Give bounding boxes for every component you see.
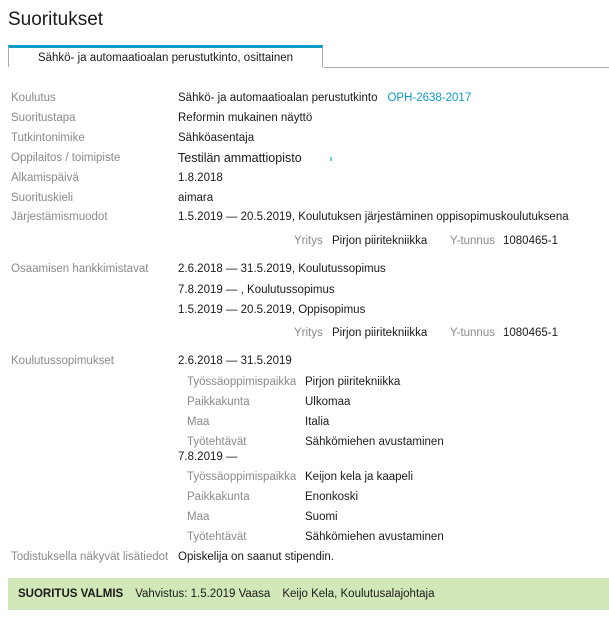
diaarinumero-link[interactable]: OPH-2638-2017	[387, 92, 471, 104]
tab-sahko-automaatio[interactable]: Sähkö- ja automaatioalan perustutkinto, …	[8, 45, 323, 67]
hankkimistapa-item: 7.8.2019 — , Koulutussopimus	[178, 284, 335, 296]
tyotehtavat-label: Työtehtävät	[187, 531, 246, 543]
tyossaoppimispaikka-value: Keijon kela ja kaapeli	[305, 471, 413, 483]
tyossaoppimispaikka-value: Pirjon piiritekniikka	[305, 376, 400, 388]
koulutus-name: Sähkö- ja automaatioalan perustutkinto	[178, 92, 377, 104]
suorituskieli-value: aimara	[178, 192, 213, 204]
ytunnus-value: 1080465-1	[503, 235, 558, 247]
tab-bar: Sähkö- ja automaatioalan perustutkinto, …	[8, 45, 609, 68]
suoritustapa-label: Suoritustapa	[11, 112, 76, 124]
lisatiedot-label: Todistuksella näkyvät lisätiedot	[11, 551, 168, 563]
alkamispaiva-label: Alkamispäivä	[11, 172, 79, 184]
tyotehtavat-value: Sähkömiehen avustaminen	[305, 436, 444, 448]
yritys-value: Pirjon piiritekniikka	[332, 235, 427, 247]
koulutussopimukset-label: Koulutussopimukset	[11, 355, 114, 367]
tutkintonimike-value: Sähköasentaja	[178, 132, 254, 144]
tutkintonimike-label: Tutkintonimike	[11, 132, 85, 144]
yritys-value: Pirjon piiritekniikka	[332, 327, 427, 339]
tyossaoppimispaikka-label: Työssäoppimispaikka	[187, 376, 296, 388]
tyotehtavat-value: Sähkömiehen avustaminen	[305, 531, 444, 543]
alkamispaiva-value: 1.8.2018	[178, 172, 223, 184]
status-badge: SUORITUS VALMIS	[18, 588, 123, 600]
koulutussopimus-period: 7.8.2019 —	[178, 451, 237, 463]
paikkakunta-label: Paikkakunta	[187, 396, 250, 408]
koulutus-value: Sähkö- ja automaatioalan perustutkintoOP…	[178, 92, 471, 104]
suoritustapa-value: Reformin mukainen näyttö	[178, 112, 312, 124]
jarjestamismuodot-label: Järjestämismuodot	[11, 211, 108, 223]
koulutussopimus-period: 2.6.2018 — 31.5.2019	[178, 355, 292, 367]
yritys-label: Yritys	[294, 235, 323, 247]
jarjestamismuodot-value: 1.5.2019 — 20.5.2019, Koulutuksen järjes…	[178, 211, 569, 223]
yritys-label: Yritys	[294, 327, 323, 339]
maa-label: Maa	[187, 416, 209, 428]
hankkimistapa-item: 1.5.2019 — 20.5.2019, Oppisopimus	[178, 304, 365, 316]
maa-value: Italia	[305, 416, 329, 428]
paikkakunta-value: Enonkoski	[305, 491, 358, 503]
hankkimistapa-item: 2.6.2018 — 31.5.2019, Koulutussopimus	[178, 263, 386, 275]
osaamisen-hankkimistavat-label: Osaamisen hankkimistavat	[11, 263, 148, 275]
paikkakunta-value: Ulkomaa	[305, 396, 350, 408]
oppilaitos-value: Testilän ammattiopisto	[178, 151, 332, 165]
page-title: Suoritukset	[8, 9, 103, 31]
koulutus-label: Koulutus	[11, 92, 56, 104]
paikkakunta-label: Paikkakunta	[187, 491, 250, 503]
ytunnus-label: Y-tunnus	[450, 235, 495, 247]
maa-label: Maa	[187, 511, 209, 523]
ytunnus-value: 1080465-1	[503, 327, 558, 339]
lisatiedot-value: Opiskelija on saanut stipendin.	[178, 551, 334, 563]
vahvistus-status-bar: SUORITUS VALMISVahvistus: 1.5.2019 Vaasa…	[8, 578, 609, 610]
oppilaitos-link-marker[interactable]	[330, 157, 332, 161]
oppilaitos-name: Testilän ammattiopisto	[178, 151, 302, 165]
vahvistus-text: Vahvistus: 1.5.2019 Vaasa	[135, 588, 270, 600]
ytunnus-label: Y-tunnus	[450, 327, 495, 339]
signer-text: Keijo Kela, Koulutusalajohtaja	[282, 588, 434, 600]
suorituskieli-label: Suorituskieli	[11, 192, 73, 204]
maa-value: Suomi	[305, 511, 338, 523]
tyossaoppimispaikka-label: Työssäoppimispaikka	[187, 471, 296, 483]
oppilaitos-label: Oppilaitos / toimipiste	[11, 152, 120, 164]
tyotehtavat-label: Työtehtävät	[187, 436, 246, 448]
